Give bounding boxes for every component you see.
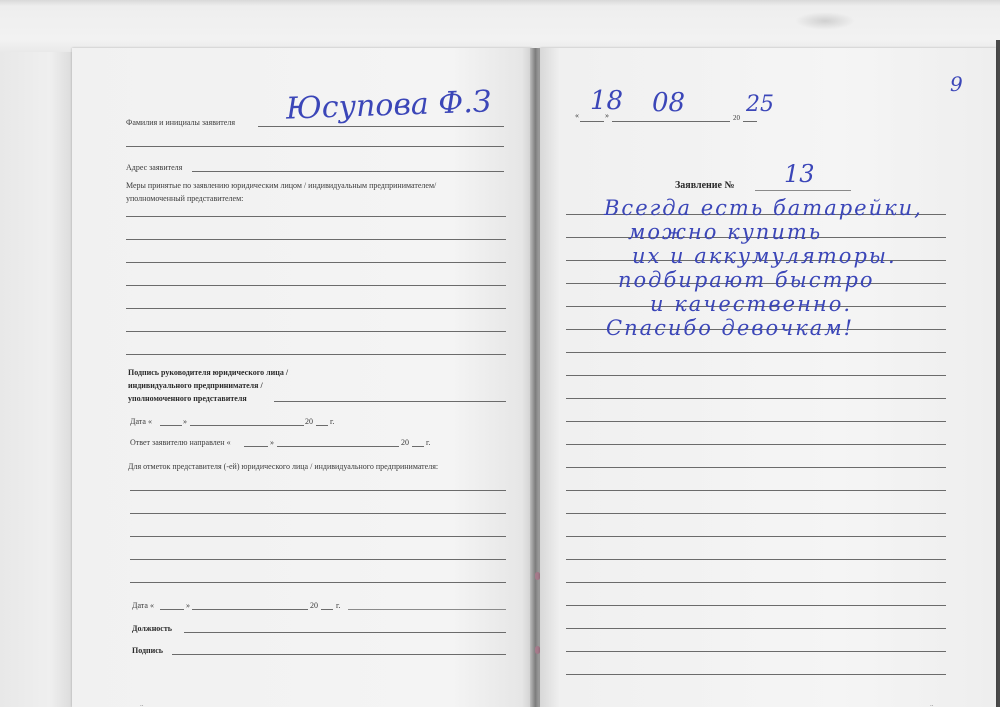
ruled-line[interactable]: [566, 674, 946, 675]
statement-label: Заявление №: [675, 180, 735, 191]
date2-day-field[interactable]: [160, 609, 184, 610]
smudge-mark: [795, 12, 855, 30]
ruled-line[interactable]: [126, 239, 506, 240]
statement-line-handwritten: подбирают быстро: [618, 268, 875, 292]
ruled-line[interactable]: [130, 536, 506, 537]
date-label: Дата «: [130, 417, 152, 426]
notes-label: Для отметок представителя (-ей) юридичес…: [128, 462, 438, 471]
ruled-line[interactable]: [126, 354, 506, 355]
right-date-quote: »: [605, 111, 609, 120]
ruled-line[interactable]: [126, 331, 506, 332]
ruled-line[interactable]: [566, 605, 946, 606]
statement-line-handwritten: и качественно.: [650, 292, 852, 316]
signature-head-label-2: индивидуального предпринимателя /: [128, 381, 263, 390]
ruled-line[interactable]: [566, 559, 946, 560]
date-year-field[interactable]: [316, 425, 328, 426]
date-quote-open: «: [575, 111, 579, 120]
position-label: Должность: [132, 624, 172, 633]
applicant-name-field-cont[interactable]: [126, 146, 504, 147]
ruled-line[interactable]: [566, 444, 946, 445]
scanner-background-left: [0, 52, 72, 707]
date2-month-field[interactable]: [192, 609, 308, 610]
statement-number-handwritten: 13: [784, 160, 815, 188]
ruled-line[interactable]: [126, 285, 506, 286]
applicant-name-handwritten: Юсупова Ф.З: [285, 84, 492, 126]
applicant-name-label: Фамилия и инициалы заявителя: [126, 118, 235, 127]
statement-number-field[interactable]: [755, 190, 851, 191]
signature-field[interactable]: [172, 654, 506, 655]
year-suffix: г.: [330, 417, 334, 426]
date2-year-field[interactable]: [321, 609, 333, 610]
ruled-line[interactable]: [566, 467, 946, 468]
ruled-line[interactable]: [130, 513, 506, 514]
ruled-line[interactable]: [566, 421, 946, 422]
ruled-line[interactable]: [566, 398, 946, 399]
reply-year-field[interactable]: [412, 446, 424, 447]
ruled-line[interactable]: [126, 308, 506, 309]
ruled-line[interactable]: [126, 216, 506, 217]
reply-day-field[interactable]: [244, 446, 268, 447]
ruled-line[interactable]: [130, 559, 506, 560]
ruled-line[interactable]: [566, 651, 946, 652]
ruled-line[interactable]: [130, 490, 506, 491]
date-year-handwritten: 25: [746, 92, 774, 117]
statement-line-handwritten: можно купить: [628, 220, 822, 244]
signature-head-label-3: уполномоченного представителя: [128, 394, 247, 403]
ruled-line[interactable]: [126, 262, 506, 263]
right-year-prefix: 20: [733, 114, 740, 122]
date2-year-prefix: 20: [310, 601, 318, 610]
statement-line-handwritten: Спасибо девочкам!: [606, 316, 854, 340]
applicant-address-field[interactable]: [192, 171, 504, 172]
date2-extra-field[interactable]: [348, 609, 506, 610]
sheet-number-handwritten: 9: [950, 72, 963, 96]
ruled-line[interactable]: [566, 513, 946, 514]
date2-quote: »: [186, 601, 190, 610]
statement-line-handwritten: их и аккумуляторы.: [632, 244, 897, 268]
year-prefix: 20: [305, 417, 313, 426]
signature-head-label-1: Подпись руководителя юридического лица /: [128, 368, 288, 377]
right-date-day-field[interactable]: [580, 121, 604, 122]
ruled-line[interactable]: [566, 628, 946, 629]
measures-label: Меры принятые по заявлению юридическим л…: [126, 181, 436, 190]
statement-line-handwritten: Всегда есть батарейки,: [604, 196, 923, 220]
ruled-line[interactable]: [566, 352, 946, 353]
reply-sent-label: Ответ заявителю направлен «: [130, 438, 231, 447]
left-page-number: ..: [140, 700, 144, 707]
reply-quote: »: [270, 438, 274, 447]
reply-month-field[interactable]: [277, 446, 399, 447]
applicant-address-label: Адрес заявителя: [126, 163, 182, 172]
ruled-line[interactable]: [566, 536, 946, 537]
right-page: [540, 48, 996, 707]
date-quote: »: [183, 417, 187, 426]
right-date-month-field[interactable]: [612, 121, 730, 122]
applicant-name-field[interactable]: [258, 126, 504, 127]
reply-year-suffix: г.: [426, 438, 430, 447]
scan-edge: [996, 40, 1000, 707]
position-field[interactable]: [184, 632, 506, 633]
date-month-field[interactable]: [190, 425, 304, 426]
ruled-line[interactable]: [566, 490, 946, 491]
ruled-line[interactable]: [566, 582, 946, 583]
date-day-field[interactable]: [160, 425, 182, 426]
ruled-line[interactable]: [130, 582, 506, 583]
right-date-year-field[interactable]: [743, 121, 757, 122]
date2-year-suffix: г.: [336, 601, 340, 610]
ruled-line[interactable]: [566, 375, 946, 376]
reply-year-prefix: 20: [401, 438, 409, 447]
signature-head-field[interactable]: [274, 401, 506, 402]
date-month-handwritten: 08: [652, 88, 685, 118]
right-page-number: ..: [930, 700, 934, 707]
date2-label: Дата «: [132, 601, 154, 610]
signature-label: Подпись: [132, 646, 163, 655]
measures-label-cont: уполномоченный представителем:: [126, 194, 243, 203]
